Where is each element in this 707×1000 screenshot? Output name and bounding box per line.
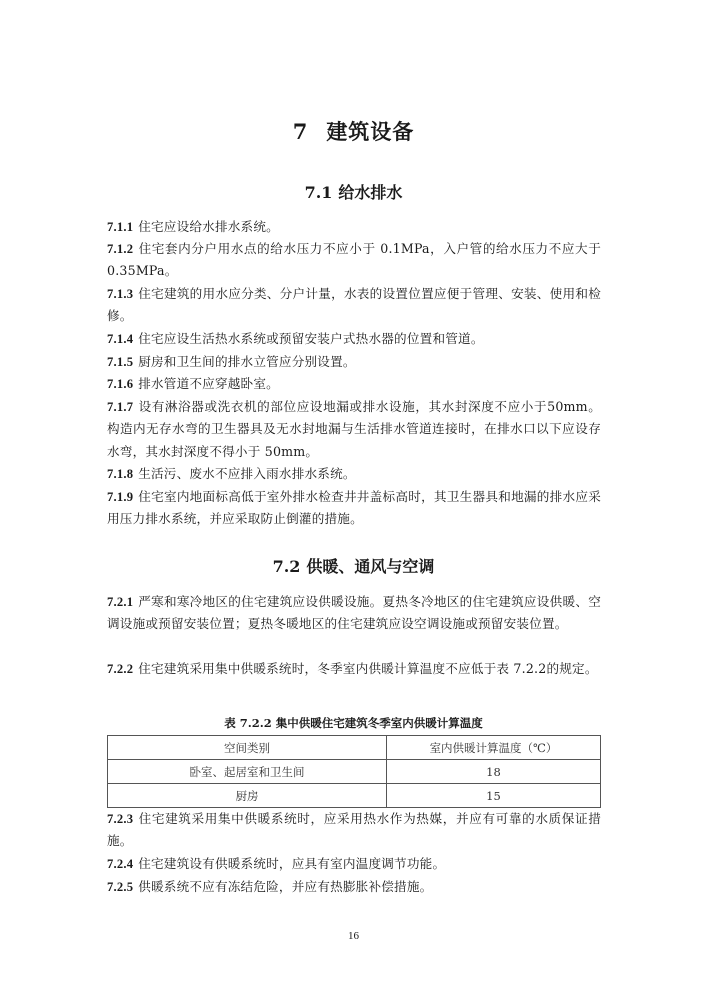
clause-text: 厨房和卫生间的排水立管应分别设置。 (138, 354, 356, 369)
heating-temperature-table: 空间类别 室内供暖计算温度（℃） 卧室、起居室和卫生间 18 厨房 15 (107, 735, 601, 808)
table-cell: 18 (387, 760, 601, 784)
section-title-7-1: 7.1给水排水 (0, 180, 707, 203)
clause-7-1-1: 7.1.1住宅应设给水排水系统。 (107, 216, 601, 238)
clause-text: 住宅建筑设有供暖系统时，应具有室内温度调节功能。 (138, 856, 445, 871)
clause-text: 住宅套内分户用水点的给水压力不应小于 0.1MPa，入户管的给水压力不应大于 0… (107, 241, 601, 278)
clause-number: 7.1.9 (107, 490, 133, 504)
clause-7-1-5: 7.1.5厨房和卫生间的排水立管应分别设置。 (107, 351, 601, 373)
chapter-name: 建筑设备 (326, 119, 414, 144)
clause-7-2-4: 7.2.4住宅建筑设有供暖系统时，应具有室内温度调节功能。 (107, 853, 601, 875)
section-title-7-2: 7.2供暖、通风与空调 (0, 554, 707, 577)
clause-number: 7.1.3 (107, 287, 133, 301)
clause-number: 7.1.7 (107, 400, 133, 414)
clause-text: 设有淋浴器或洗衣机的部位应设地漏或排水设施，其水封深度不应小于50mm。构造内无… (107, 399, 601, 459)
clause-text: 住宅应设给水排水系统。 (138, 219, 279, 234)
table-header-cell: 室内供暖计算温度（℃） (387, 736, 601, 760)
clause-number: 7.2.1 (107, 595, 133, 609)
table-cell: 15 (387, 784, 601, 808)
page-number: 16 (0, 930, 707, 942)
clause-number: 7.1.1 (107, 220, 133, 234)
clause-number: 7.1.8 (107, 467, 133, 481)
table-caption: 表 7.2.2 集中供暖住宅建筑冬季室内供暖计算温度 (0, 715, 707, 731)
clause-text: 住宅应设生活热水系统或预留安装户式热水器的位置和管道。 (138, 331, 483, 346)
clause-number: 7.1.6 (107, 377, 133, 391)
chapter-number: 7 (293, 119, 309, 144)
section-number: 7.1 (305, 183, 333, 202)
clause-7-1-9: 7.1.9住宅室内地面标高低于室外排水检查井井盖标高时，其卫生器具和地漏的排水应… (107, 486, 601, 531)
clause-text: 排水管道不应穿越卧室。 (138, 376, 279, 391)
clause-text: 住宅建筑采用集中供暖系统时，应采用热水作为热媒，并应有可靠的水质保证措施。 (107, 811, 601, 848)
clause-7-1-4: 7.1.4住宅应设生活热水系统或预留安装户式热水器的位置和管道。 (107, 328, 601, 350)
section-number: 7.2 (273, 557, 301, 576)
clause-text: 住宅建筑采用集中供暖系统时，冬季室内供暖计算温度不应低于表 7.2.2的规定。 (138, 661, 597, 676)
clause-7-1-7: 7.1.7设有淋浴器或洗衣机的部位应设地漏或排水设施，其水封深度不应小于50mm… (107, 396, 601, 463)
clause-number: 7.2.4 (107, 857, 133, 871)
clause-text: 供暖系统不应有冻结危险，并应有热膨胀补偿措施。 (138, 879, 432, 894)
chapter-title: 7建筑设备 (0, 116, 707, 146)
section-name: 给水排水 (338, 183, 402, 202)
clause-number: 7.2.2 (107, 662, 133, 676)
clause-text: 住宅建筑的用水应分类、分户计量，水表的设置位置应便于管理、安装、使用和检修。 (107, 286, 601, 323)
clause-7-1-8: 7.1.8生活污、废水不应排入雨水排水系统。 (107, 463, 601, 485)
clause-number: 7.1.2 (107, 242, 133, 256)
document-page: 7建筑设备 7.1给水排水 7.1.1住宅应设给水排水系统。 7.1.2住宅套内… (0, 0, 707, 1000)
clause-text: 住宅室内地面标高低于室外排水检查井井盖标高时，其卫生器具和地漏的排水应采用压力排… (107, 489, 601, 526)
table-row: 厨房 15 (108, 784, 601, 808)
clause-7-1-6: 7.1.6排水管道不应穿越卧室。 (107, 373, 601, 395)
clause-number: 7.1.4 (107, 332, 133, 346)
clause-number: 7.2.5 (107, 880, 133, 894)
clause-7-2-1: 7.2.1严寒和寒冷地区的住宅建筑应设供暖设施。夏热冬冷地区的住宅建筑应设供暖、… (107, 591, 601, 636)
clause-text: 生活污、废水不应排入雨水排水系统。 (138, 466, 356, 481)
clause-number: 7.2.3 (107, 812, 133, 826)
clause-number: 7.1.5 (107, 355, 133, 369)
clause-7-1-2: 7.1.2住宅套内分户用水点的给水压力不应小于 0.1MPa，入户管的给水压力不… (107, 238, 601, 283)
clause-7-2-5: 7.2.5供暖系统不应有冻结危险，并应有热膨胀补偿措施。 (107, 876, 601, 898)
table-cell: 厨房 (108, 784, 387, 808)
table-header-cell: 空间类别 (108, 736, 387, 760)
table-cell: 卧室、起居室和卫生间 (108, 760, 387, 784)
clause-7-2-3: 7.2.3住宅建筑采用集中供暖系统时，应采用热水作为热媒，并应有可靠的水质保证措… (107, 808, 601, 853)
clause-text: 严寒和寒冷地区的住宅建筑应设供暖设施。夏热冬冷地区的住宅建筑应设供暖、空调设施或… (107, 594, 601, 631)
table-header-row: 空间类别 室内供暖计算温度（℃） (108, 736, 601, 760)
section-name: 供暖、通风与空调 (306, 557, 434, 576)
clause-7-2-2: 7.2.2住宅建筑采用集中供暖系统时，冬季室内供暖计算温度不应低于表 7.2.2… (107, 658, 601, 680)
table-row: 卧室、起居室和卫生间 18 (108, 760, 601, 784)
clause-7-1-3: 7.1.3住宅建筑的用水应分类、分户计量，水表的设置位置应便于管理、安装、使用和… (107, 283, 601, 328)
